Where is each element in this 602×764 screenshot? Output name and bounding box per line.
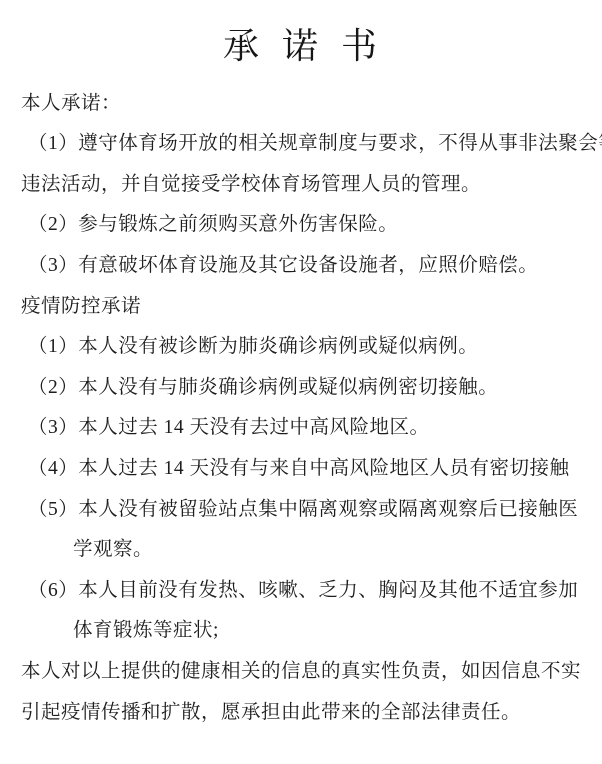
text-line: 引起疫情传播和扩散，愿承担由此带来的全部法律责任。 (21, 693, 602, 734)
text-line: （3）本人过去 14 天没有去过中高风险地区。 (28, 408, 602, 449)
text-line: 学观察。 (73, 530, 602, 571)
text-line: （6）本人目前没有发热、咳嗽、乏力、胸闷及其他不适宜参加 (28, 571, 602, 612)
text-line: （2）本人没有与肺炎确诊病例或疑似病例密切接触。 (28, 368, 602, 409)
document-title: 承 诺 书 (0, 0, 602, 67)
text-line: （2）参与锻炼之前须购买意外伤害保险。 (28, 205, 602, 246)
text-line: 本人承诺： (21, 84, 602, 125)
text-line: 本人对以上提供的健康相关的信息的真实性负责，如因信息不实 (21, 652, 602, 693)
text-line: （4）本人过去 14 天没有与来自中高风险地区人员有密切接触 (28, 449, 602, 490)
text-line: 体育锻炼等症状; (73, 611, 602, 652)
text-line: 疫情防控承诺 (21, 287, 602, 328)
text-line: （3）有意破坏体育设施及其它设备设施者，应照价赔偿。 (28, 246, 602, 287)
text-line: （1）本人没有被诊断为肺炎确诊病例或疑似病例。 (28, 327, 602, 368)
document-body: 本人承诺：（1）遵守体育场开放的相关规章制度与要求，不得从事非法聚会等违法活动，… (0, 84, 602, 734)
document-page: 承 诺 书 本人承诺：（1）遵守体育场开放的相关规章制度与要求，不得从事非法聚会… (0, 0, 602, 764)
text-line: （1）遵守体育场开放的相关规章制度与要求，不得从事非法聚会等 (28, 124, 602, 165)
text-line: （5）本人没有被留验站点集中隔离观察或隔离观察后已接触医 (28, 490, 602, 531)
text-line: 违法活动，并自觉接受学校体育场管理人员的管理。 (21, 165, 602, 206)
